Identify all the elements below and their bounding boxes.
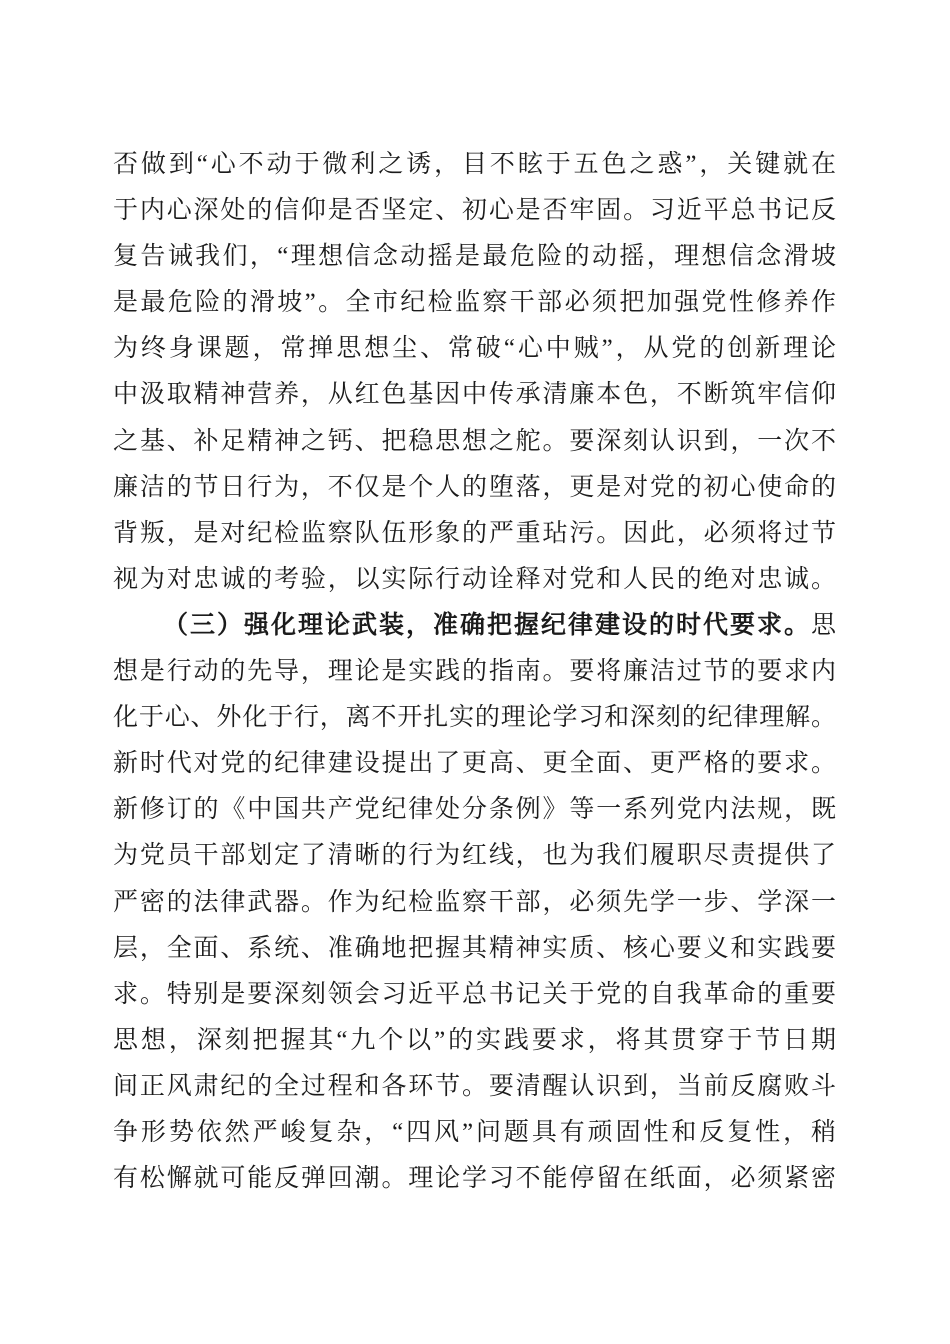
- text-line: 想是行动的先导，理论是实践的指南。要将廉洁过节的要求内: [113, 649, 836, 695]
- text-line: 复告诫我们，“理想信念动摇是最危险的动摇，理想信念滑坡: [113, 234, 836, 280]
- paragraph-heading-text: （三）强化理论武装，准确把握纪律建设的时代要求。: [163, 612, 811, 639]
- text-line: 间正风肃纪的全过程和各环节。要清醒认识到，当前反腐败斗: [113, 1064, 836, 1110]
- text-line: 视为对忠诚的考验，以实际行动诠释对党和人民的绝对忠诚。: [113, 557, 836, 603]
- text-line: 争形势依然严峻复杂，“四风”问题具有顽固性和反复性，稍: [113, 1110, 836, 1156]
- paragraph-text: 思: [811, 612, 836, 639]
- text-line: 思想，深刻把握其“九个以”的实践要求，将其贯穿于节日期: [113, 1018, 836, 1064]
- paragraph-text: 中汲取精神营养，从红色基因中传承清廉本色，不断筑牢信仰: [113, 381, 836, 408]
- document-page: 否做到“心不动于微利之诱，目不眩于五色之惑”，关键就在于内心深处的信仰是否坚定、…: [0, 0, 950, 1344]
- document-text-block: 否做到“心不动于微利之诱，目不眩于五色之惑”，关键就在于内心深处的信仰是否坚定、…: [113, 142, 836, 1202]
- text-line: 求。特别是要深刻领会习近平总书记关于党的自我革命的重要: [113, 972, 836, 1018]
- paragraph-text: 求。特别是要深刻领会习近平总书记关于党的自我革命的重要: [113, 981, 836, 1008]
- text-line: 化于心、外化于行，离不开扎实的理论学习和深刻的纪律理解。: [113, 695, 836, 741]
- text-line: 为终身课题，常掸思想尘、常破“心中贼”，从党的创新理论: [113, 326, 836, 372]
- paragraph-text: 廉洁的节日行为，不仅是个人的堕落，更是对党的初心使命的: [113, 474, 836, 501]
- paragraph-text: 化于心、外化于行，离不开扎实的理论学习和深刻的纪律理解。: [113, 704, 836, 731]
- paragraph-text: 层，全面、系统、准确地把握其精神实质、核心要义和实践要: [113, 935, 836, 962]
- text-line: 是最危险的滑坡”。全市纪检监察干部必须把加强党性修养作: [113, 280, 836, 326]
- paragraph-text: 思想，深刻把握其“九个以”的实践要求，将其贯穿于节日期: [113, 1027, 836, 1054]
- paragraph-text: 争形势依然严峻复杂，“四风”问题具有顽固性和反复性，稍: [113, 1119, 836, 1146]
- paragraph-text: 背叛，是对纪检监察队伍形象的严重玷污。因此，必须将过节: [113, 520, 836, 547]
- text-line: 廉洁的节日行为，不仅是个人的堕落，更是对党的初心使命的: [113, 465, 836, 511]
- paragraph-text: 严密的法律武器。作为纪检监察干部，必须先学一步、学深一: [113, 889, 836, 916]
- text-line: 为党员干部划定了清晰的行为红线，也为我们履职尽责提供了: [113, 833, 836, 879]
- paragraph-text: 否做到“心不动于微利之诱，目不眩于五色之惑”，关键就在: [113, 151, 836, 178]
- paragraph-text: 之基、补足精神之钙、把稳思想之舵。要深刻认识到，一次不: [113, 428, 836, 455]
- text-line: 严密的法律武器。作为纪检监察干部，必须先学一步、学深一: [113, 880, 836, 926]
- text-line: 之基、补足精神之钙、把稳思想之舵。要深刻认识到，一次不: [113, 419, 836, 465]
- paragraph-text: 新时代对党的纪律建设提出了更高、更全面、更严格的要求。: [113, 750, 836, 777]
- paragraph-text: 为党员干部划定了清晰的行为红线，也为我们履职尽责提供了: [113, 842, 836, 869]
- text-line: 中汲取精神营养，从红色基因中传承清廉本色，不断筑牢信仰: [113, 372, 836, 418]
- text-line: 背叛，是对纪检监察队伍形象的严重玷污。因此，必须将过节: [113, 511, 836, 557]
- text-line: 有松懈就可能反弹回潮。理论学习不能停留在纸面，必须紧密: [113, 1156, 836, 1202]
- text-line: 否做到“心不动于微利之诱，目不眩于五色之惑”，关键就在: [113, 142, 836, 188]
- text-line: （三）强化理论武装，准确把握纪律建设的时代要求。思: [113, 603, 836, 649]
- text-line: 新时代对党的纪律建设提出了更高、更全面、更严格的要求。: [113, 741, 836, 787]
- text-line: 层，全面、系统、准确地把握其精神实质、核心要义和实践要: [113, 926, 836, 972]
- text-line: 新修订的《中国共产党纪律处分条例》等一系列党内法规，既: [113, 787, 836, 833]
- paragraph-text: 是最危险的滑坡”。全市纪检监察干部必须把加强党性修养作: [113, 289, 836, 316]
- paragraph-text: 于内心深处的信仰是否坚定、初心是否牢固。习近平总书记反: [113, 197, 836, 224]
- paragraph-text: 间正风肃纪的全过程和各环节。要清醒认识到，当前反腐败斗: [113, 1073, 836, 1100]
- text-line: 于内心深处的信仰是否坚定、初心是否牢固。习近平总书记反: [113, 188, 836, 234]
- paragraph-text: 想是行动的先导，理论是实践的指南。要将廉洁过节的要求内: [113, 658, 836, 685]
- paragraph-text: 视为对忠诚的考验，以实际行动诠释对党和人民的绝对忠诚。: [113, 566, 836, 593]
- paragraph-text: 新修订的《中国共产党纪律处分条例》等一系列党内法规，既: [113, 796, 836, 823]
- paragraph-text: 为终身课题，常掸思想尘、常破“心中贼”，从党的创新理论: [113, 335, 836, 362]
- paragraph-text: 有松懈就可能反弹回潮。理论学习不能停留在纸面，必须紧密: [113, 1165, 836, 1192]
- paragraph-text: 复告诫我们，“理想信念动摇是最危险的动摇，理想信念滑坡: [113, 243, 836, 270]
